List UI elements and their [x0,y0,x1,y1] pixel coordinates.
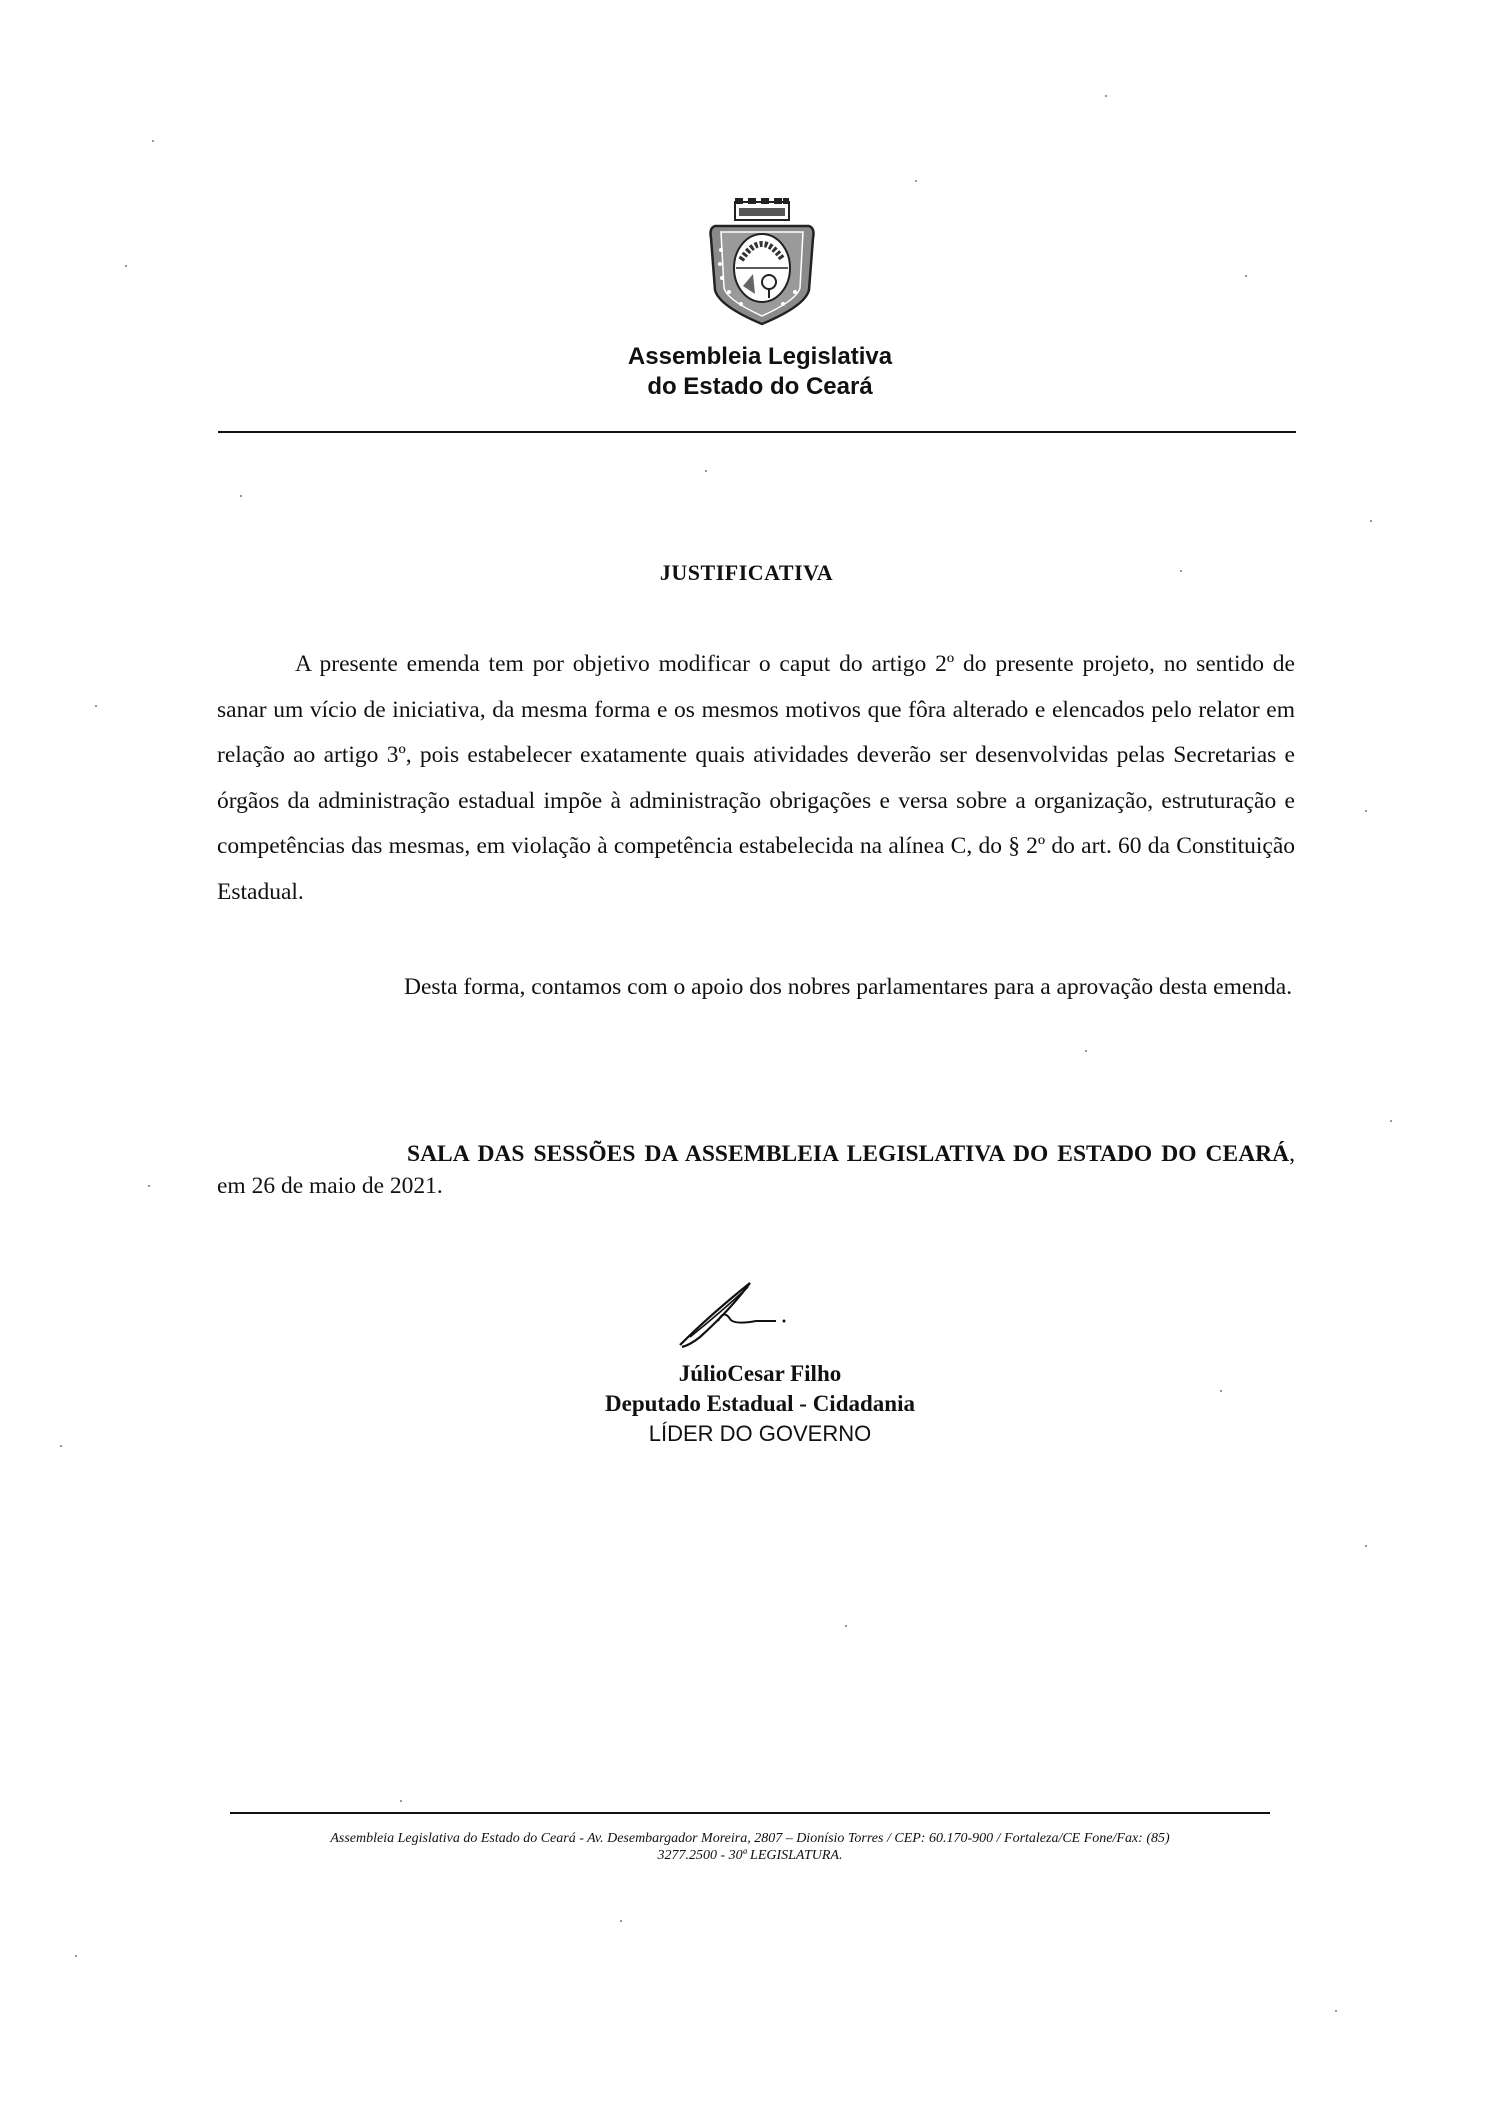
header-divider [218,431,1296,433]
footer-divider [230,1812,1270,1814]
handwritten-signature-icon [660,1275,810,1355]
document-title: JUSTIFICATIVA [0,560,1493,586]
closing-session-hall: SALA DAS SESSÕES DA ASSEMBLEIA LEGISLATI… [407,1141,1289,1167]
justification-paragraph-2: Desta forma, contamos com o apoio dos no… [217,965,1295,1011]
organization-name-line-1: Assembleia Legislativa [500,342,1020,372]
footer-line-1: Assembleia Legislativa do Estado do Cear… [220,1830,1280,1847]
state-coat-of-arms-icon [705,198,819,326]
signer-name: JúlioCesar Filho [500,1359,1020,1389]
signer-title: LÍDER DO GOVERNO [500,1419,1020,1449]
document-page: Assembleia Legislativa do Estado do Cear… [0,0,1493,2112]
footer-line-2: 3277.2500 - 30ª LEGISLATURA. [220,1847,1280,1864]
footer-address: Assembleia Legislativa do Estado do Cear… [220,1830,1280,1864]
signer-block: JúlioCesar Filho Deputado Estadual - Cid… [500,1359,1020,1449]
organization-name: Assembleia Legislativa do Estado do Cear… [500,342,1020,402]
closing-statement: SALA DAS SESSÕES DA ASSEMBLEIA LEGISLATI… [217,1138,1295,1202]
justification-paragraph-1: A presente emenda tem por objetivo modif… [217,642,1295,915]
signer-role: Deputado Estadual - Cidadania [500,1389,1020,1419]
organization-name-line-2: do Estado do Ceará [500,372,1020,402]
